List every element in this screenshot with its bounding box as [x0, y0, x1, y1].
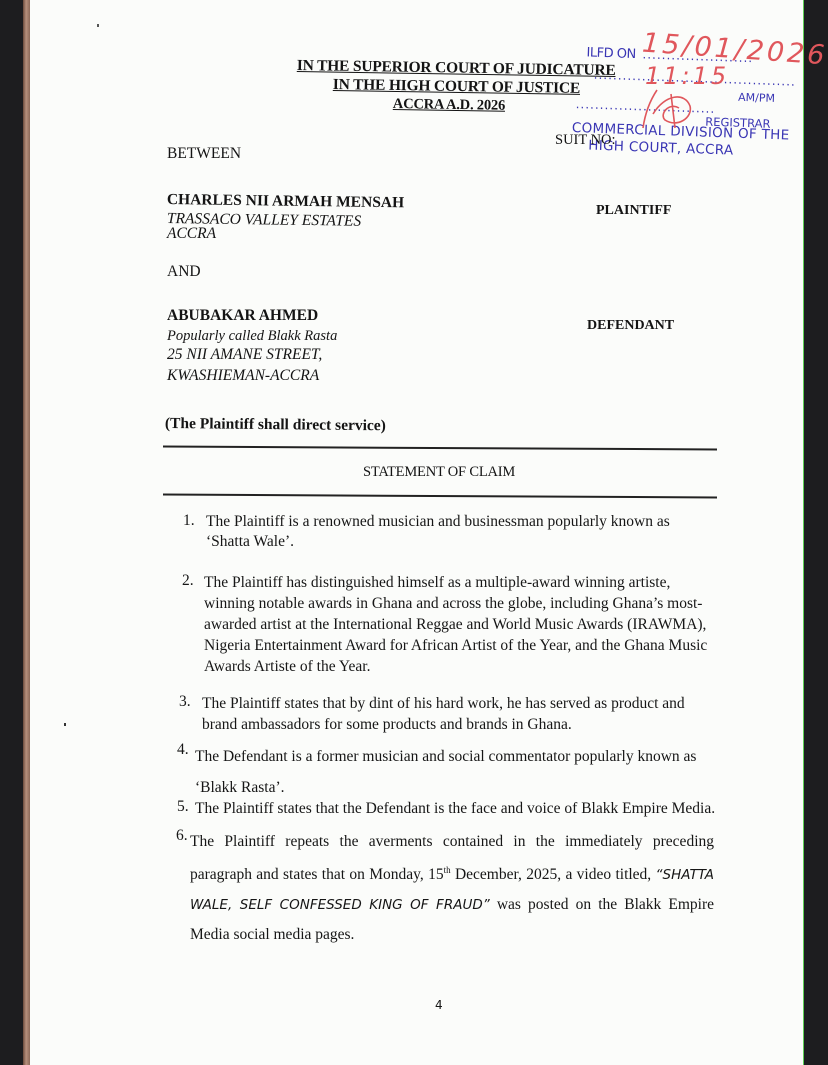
claim-paragraph-6: 6. The Plaintiff repeats the averments c… [176, 827, 721, 942]
court-heading-line3: ACCRA A.D. 2026 [393, 96, 505, 115]
claim-paragraph-3: 3. The Plaintiff states that by dint of … [179, 693, 719, 733]
paragraph-number: 5. [177, 798, 189, 816]
defendant-role: DEFENDANT [587, 318, 674, 334]
paragraph-text: The Plaintiff states that the Defendant … [195, 798, 735, 819]
stray-mark [97, 24, 99, 27]
court-heading-line2: IN THE HIGH COURT OF JUSTICE [333, 76, 580, 98]
claim-paragraph-2: 2. The Plaintiff has distinguished himse… [182, 572, 722, 682]
ordinal-suffix: th [444, 865, 451, 875]
between-label: BETWEEN [167, 145, 241, 163]
and-label: AND [167, 263, 201, 281]
defendant-alias: Popularly called Blakk Rasta [167, 328, 337, 345]
handwritten-signature [635, 84, 705, 134]
plaintiff-role: PLAINTIFF [596, 203, 671, 219]
paragraph-text: The Defendant is a former musician and s… [195, 741, 723, 803]
paragraph-number: 1. [183, 512, 195, 530]
paragraph-number: 2. [182, 572, 194, 590]
plaintiff-address-line2: ACCRA [167, 225, 216, 243]
service-note: (The Plaintiff shall direct service) [165, 415, 386, 435]
claim-paragraph-4: 4. The Defendant is a former musician an… [177, 741, 722, 801]
paragraph-number: 4. [177, 741, 189, 759]
defendant-name: ABUBAKAR AHMED [167, 307, 318, 325]
defendant-address-line1: 25 NII AMANE STREET, [167, 346, 322, 364]
page-edge-shadow [23, 0, 30, 1065]
plaintiff-name: CHARLES NII ARMAH MENSAH [167, 191, 404, 212]
defendant-address-line2: KWASHIEMAN-ACCRA [167, 367, 319, 385]
paragraph-text: The Plaintiff states that by dint of his… [202, 693, 722, 735]
paragraph-text: The Plaintiff is a renowned musician and… [206, 512, 696, 552]
paragraph-text-mid: December, 2025, a video titled, [451, 866, 656, 883]
paragraph-text: The Plaintiff has distinguished himself … [204, 572, 724, 677]
stamp-filed-on-label: ILFD ON [586, 45, 636, 62]
page-number: 4 [435, 998, 443, 1012]
paragraph-number: 6. [176, 827, 188, 845]
stray-mark [64, 723, 66, 726]
claim-paragraph-5: 5. The Plaintiff states that the Defenda… [177, 798, 722, 820]
paragraph-number: 3. [179, 693, 191, 711]
paragraph-text: The Plaintiff repeats the averments cont… [190, 827, 714, 949]
section-title: STATEMENT OF CLAIM [363, 464, 515, 481]
claim-paragraph-1: 1. The Plaintiff is a renowned musician … [183, 512, 723, 552]
suit-number-label: SUIT NO: [555, 132, 616, 149]
stamp-am-pm: AM/PM [738, 91, 775, 105]
